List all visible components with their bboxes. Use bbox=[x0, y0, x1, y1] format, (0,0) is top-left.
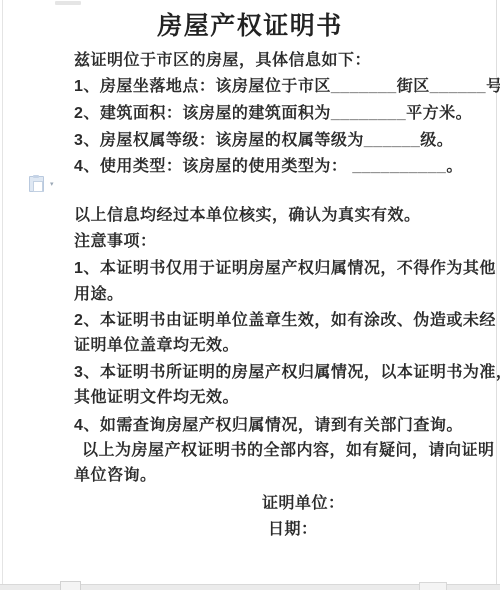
item-4-usage-line: 4、使用类型：该房屋的使用类型为： __________。 bbox=[74, 153, 463, 176]
item-1-location-line: 1、房屋坐落地点：该房屋位于市区_______街区______号。 bbox=[74, 73, 500, 96]
signature-date-label: 日期： bbox=[268, 516, 318, 539]
note-1-line-1: 1、本证明书仅用于证明房屋产权归属情况，不得作为其他 bbox=[74, 255, 496, 278]
closing-line-2: 单位咨询。 bbox=[74, 462, 157, 485]
item-2-area-line: 2、建筑面积：该房屋的建筑面积为________平方米。 bbox=[74, 100, 472, 123]
page-border-left bbox=[2, 0, 3, 584]
notice-heading: 注意事项： bbox=[74, 228, 157, 251]
item-3-grade-line: 3、房屋权属等级：该房屋的权属等级为______级。 bbox=[74, 127, 453, 150]
clipboard-paste-icon bbox=[29, 176, 44, 192]
paste-options-button[interactable]: ▾ bbox=[29, 175, 61, 193]
note-3-line-1: 3、本证明书所证明的房屋产权归属情况，以本证明书为准， bbox=[74, 359, 500, 382]
signature-unit-label: 证明单位： bbox=[262, 490, 345, 513]
note-1-line-2: 用途。 bbox=[74, 281, 124, 304]
document-title: 房屋产权证明书 bbox=[0, 6, 500, 42]
chevron-down-icon: ▾ bbox=[50, 181, 54, 188]
page-edge-artifact-bottom-left bbox=[60, 581, 81, 590]
page-edge-artifact-bottom-right bbox=[419, 582, 447, 590]
note-2-line-1: 2、本证明书由证明单位盖章生效，如有涂改、伪造或未经 bbox=[74, 307, 496, 330]
note-2-line-2: 证明单位盖章均无效。 bbox=[74, 332, 239, 355]
note-3-line-2: 其他证明文件均无效。 bbox=[74, 384, 239, 407]
page-edge-artifact-top bbox=[55, 1, 81, 5]
closing-line-1: 以上为房屋产权证明书的全部内容，如有疑问，请向证明 bbox=[82, 437, 495, 460]
confirmation-line: 以上信息均经过本单位核实，确认为真实有效。 bbox=[74, 202, 421, 225]
intro-line: 兹证明位于市区的房屋，具体信息如下： bbox=[74, 47, 371, 70]
note-4-line: 4、如需查询房屋产权归属情况，请到有关部门查询。 bbox=[74, 412, 463, 435]
document-page: 房屋产权证明书 兹证明位于市区的房屋，具体信息如下： 1、房屋坐落地点：该房屋位… bbox=[0, 0, 500, 590]
